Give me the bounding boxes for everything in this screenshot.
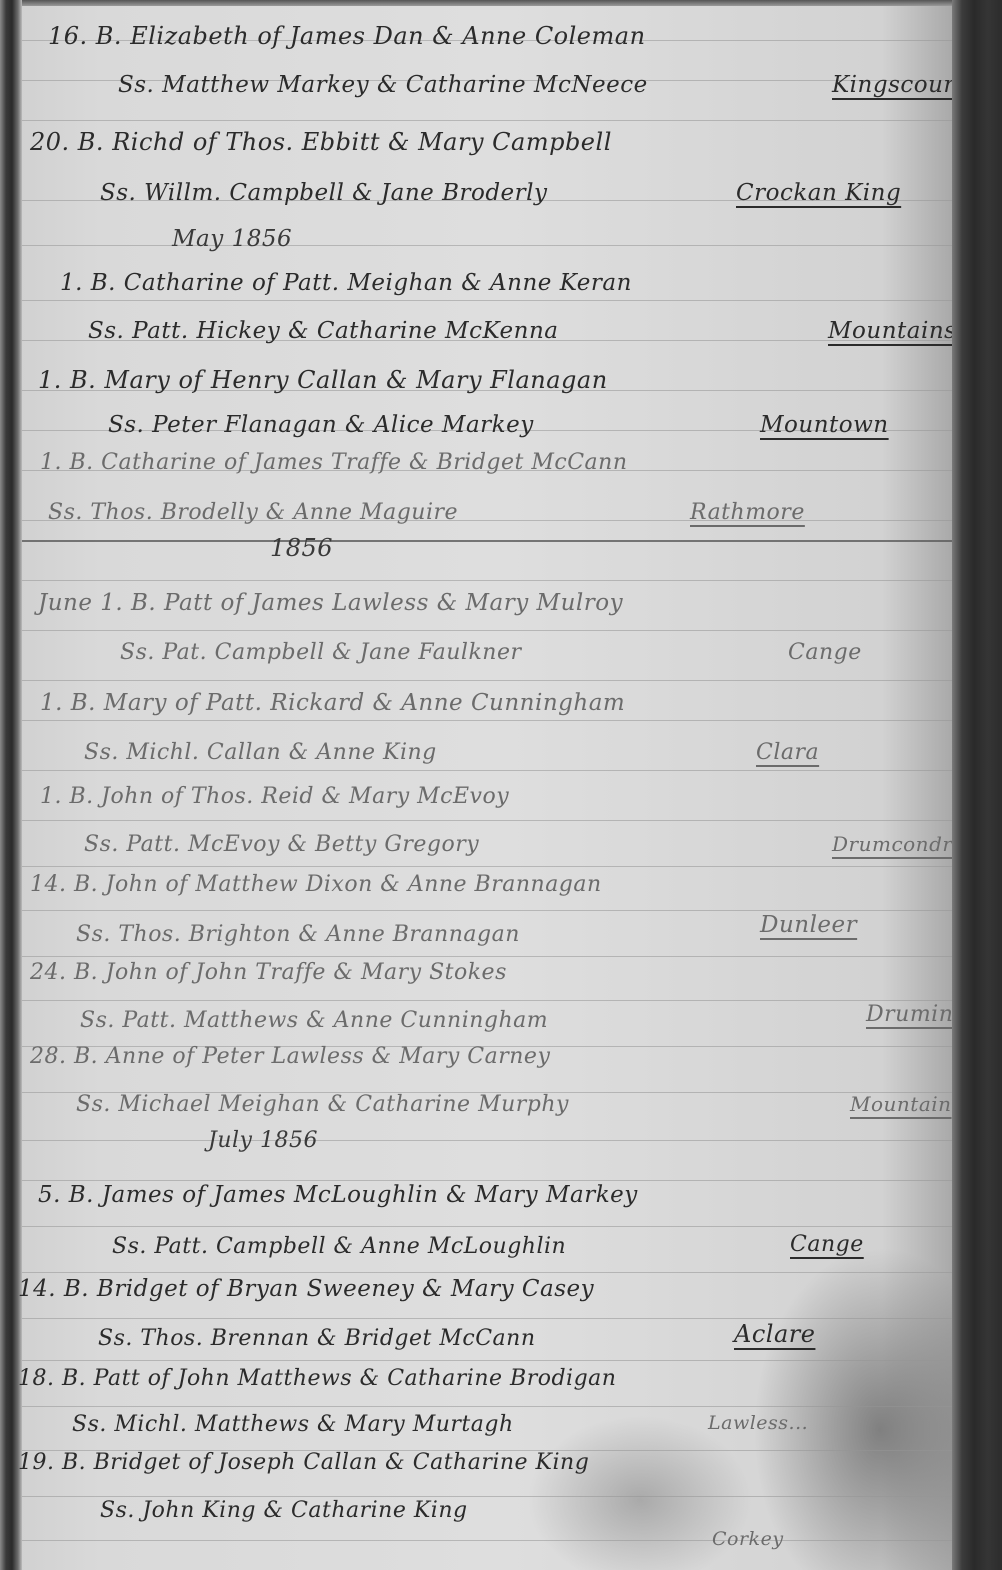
- ruled-line: [22, 245, 952, 246]
- ruled-line: [22, 1496, 952, 1497]
- ruled-line: [22, 956, 952, 957]
- register-line: 1. B. Catharine of James Traffe & Bridge…: [40, 450, 627, 475]
- register-line: Cange: [788, 640, 862, 665]
- register-line: 24. B. John of John Traffe & Mary Stokes: [30, 960, 507, 985]
- residence-label: Kingscourt: [832, 72, 965, 98]
- ruled-line: [22, 1318, 952, 1319]
- date-heading: 1856: [270, 534, 333, 562]
- register-line: Ss. Patt. Matthews & Anne Cunningham: [80, 1008, 548, 1033]
- ruled-line: [22, 680, 952, 681]
- ruled-line: [22, 630, 952, 631]
- ruled-line: [22, 1140, 952, 1141]
- register-line: Ss. Willm. Campbell & Jane Broderly: [100, 180, 548, 206]
- ruled-line: [22, 120, 952, 121]
- register-line: Ss. Michl. Matthews & Mary Murtagh: [72, 1412, 514, 1437]
- ruled-line: [22, 1272, 952, 1273]
- ruled-line: [22, 1360, 952, 1361]
- ruled-line: [22, 1000, 952, 1001]
- register-line: 28. B. Anne of Peter Lawless & Mary Carn…: [30, 1044, 550, 1069]
- residence-label: Aclare: [734, 1320, 815, 1348]
- register-line: June 1. B. Patt of James Lawless & Mary …: [38, 590, 623, 616]
- register-line: 1. B. Mary of Henry Callan & Mary Flanag…: [38, 366, 608, 394]
- page-left-edge: [0, 0, 22, 1570]
- ruled-line: [22, 1540, 952, 1541]
- register-line: Ss. Patt. Hickey & Catharine McKenna: [88, 318, 559, 344]
- register-line: 1. B. John of Thos. Reid & Mary McEvoy: [40, 784, 509, 809]
- register-page: 16. B. Elizabeth of James Dan & Anne Col…: [0, 0, 1002, 1570]
- ruled-line: [22, 866, 952, 867]
- residence-label: Mountains: [828, 318, 956, 344]
- date-heading: July 1856: [208, 1128, 318, 1153]
- residence-label: Crockan King: [736, 180, 901, 206]
- register-line: 14. B. Bridget of Bryan Sweeney & Mary C…: [18, 1276, 594, 1302]
- register-line: Ss. Michl. Callan & Anne King: [84, 740, 437, 765]
- ruled-line: [22, 820, 952, 821]
- ruled-line: [22, 1226, 952, 1227]
- ruled-line: [22, 540, 952, 542]
- register-line: 18. B. Patt of John Matthews & Catharine…: [18, 1366, 616, 1391]
- residence-label: Dunleer: [760, 912, 857, 938]
- register-line: Ss. Thos. Brodelly & Anne Maguire: [48, 500, 458, 525]
- ruled-line: [22, 770, 952, 771]
- register-line: 19. B. Bridget of Joseph Callan & Cathar…: [18, 1450, 589, 1475]
- ruled-line: [22, 300, 952, 301]
- date-heading: May 1856: [172, 226, 292, 252]
- register-line: 16. B. Elizabeth of James Dan & Anne Col…: [48, 22, 646, 50]
- register-line: Corkey: [712, 1528, 784, 1550]
- register-line: 5. B. James of James McLoughlin & Mary M…: [38, 1182, 638, 1208]
- ruled-line: [22, 910, 952, 911]
- register-line: Ss. Pat. Campbell & Jane Faulkner: [120, 640, 522, 665]
- register-line: Ss. John King & Catharine King: [100, 1498, 468, 1523]
- page-top-edge: [0, 0, 1002, 6]
- ruled-line: [22, 1406, 952, 1407]
- register-line: Ss. Peter Flanagan & Alice Markey: [108, 412, 534, 438]
- register-line: Ss. Thos. Brighton & Anne Brannagan: [76, 922, 520, 947]
- residence-label: Drumcondra: [832, 832, 965, 856]
- residence-label: Clara: [756, 740, 819, 765]
- residence-label: Drumin: [866, 1002, 953, 1027]
- residence-label: Mountain: [850, 1092, 952, 1116]
- register-line: 1. B. Catharine of Patt. Meighan & Anne …: [60, 270, 632, 296]
- register-line: Ss. Patt. Campbell & Anne McLoughlin: [112, 1234, 566, 1259]
- register-line: 14. B. John of Matthew Dixon & Anne Bran…: [30, 872, 602, 897]
- ruled-line: [22, 1180, 952, 1181]
- register-line: Ss. Thos. Brennan & Bridget McCann: [98, 1326, 535, 1351]
- ruled-line: [22, 580, 952, 581]
- register-line: Lawless...: [708, 1412, 808, 1434]
- register-line: 20. B. Richd of Thos. Ebbitt & Mary Camp…: [30, 128, 612, 156]
- residence-label: Cange: [790, 1232, 864, 1257]
- register-line: Ss. Michael Meighan & Catharine Murphy: [76, 1092, 569, 1117]
- register-line: Ss. Patt. McEvoy & Betty Gregory: [84, 832, 479, 857]
- register-line: Ss. Matthew Markey & Catharine McNeece: [118, 72, 648, 98]
- register-line: 1. B. Mary of Patt. Rickard & Anne Cunni…: [40, 690, 625, 716]
- residence-label: Mountown: [760, 412, 889, 438]
- ruled-line: [22, 720, 952, 721]
- book-binding: [952, 0, 1002, 1570]
- residence-label: Rathmore: [690, 500, 805, 525]
